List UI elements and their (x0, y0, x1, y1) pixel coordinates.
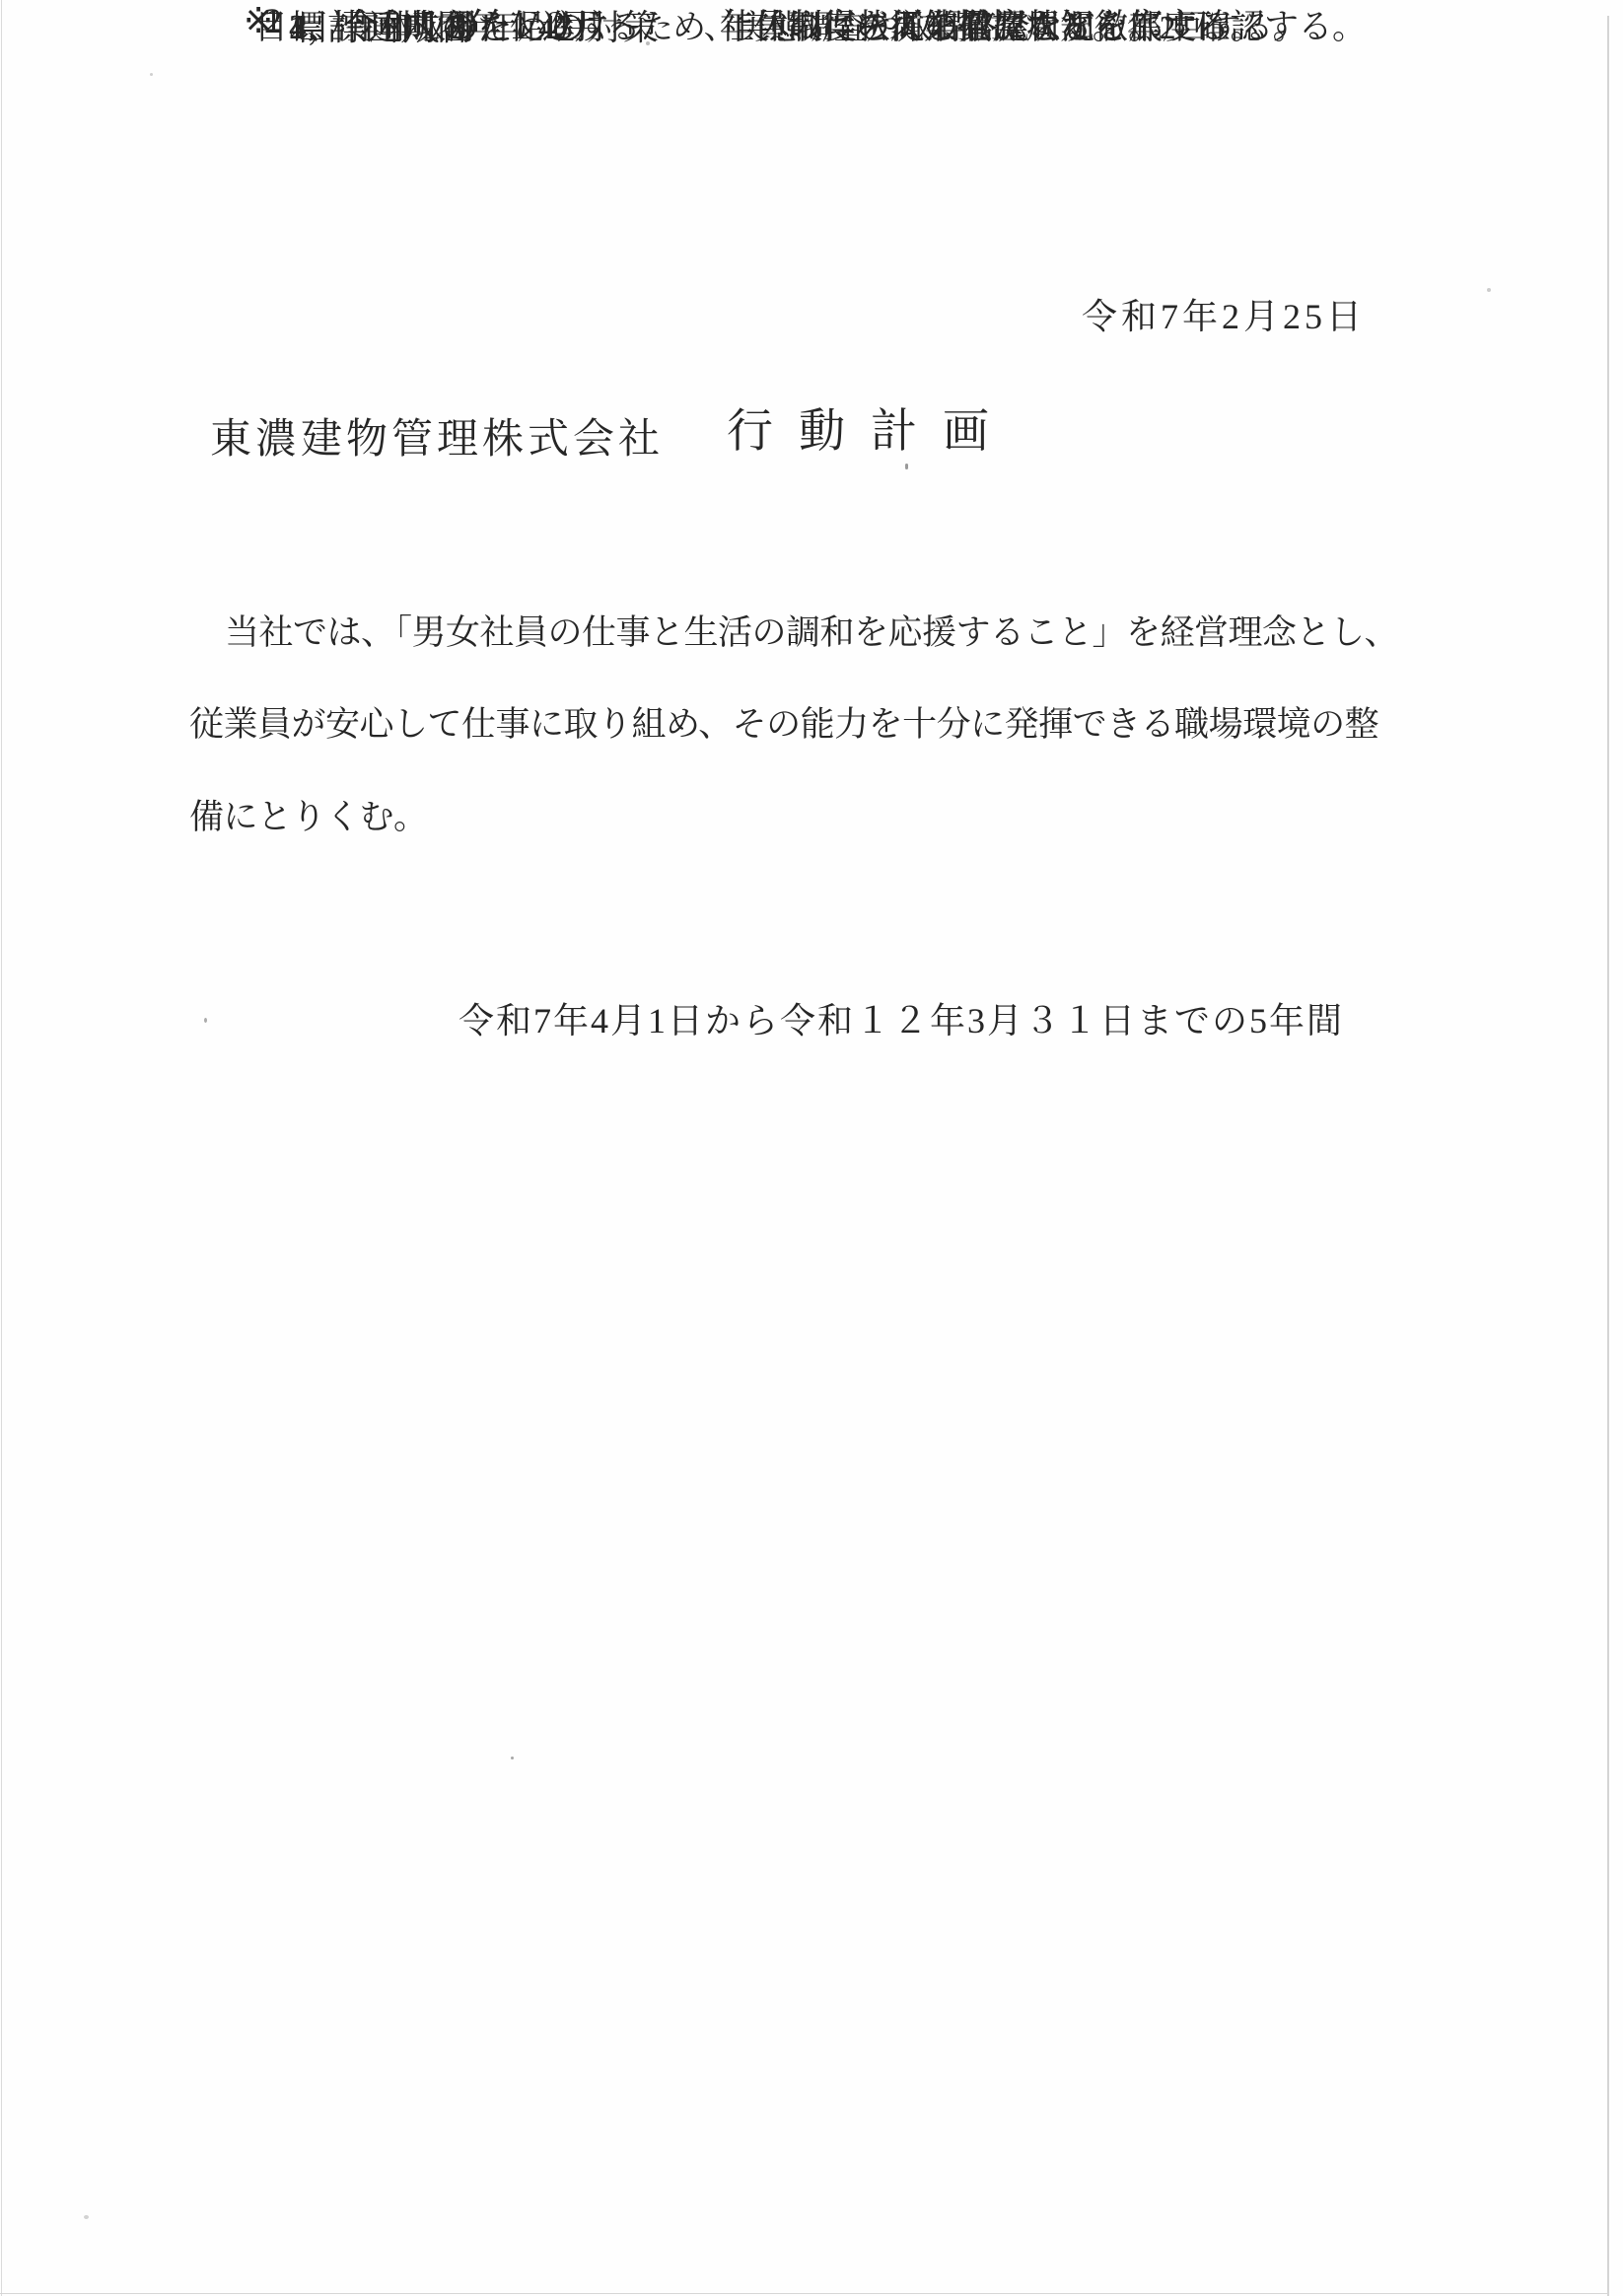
reference-mark-icon: ※ (244, 0, 273, 41)
measure-item-description: 年休制度の周知徹底状況を都度確認する。 (720, 0, 1367, 49)
scan-speck (150, 73, 153, 76)
scan-edge-line (0, 2293, 1609, 2294)
measure-item-label: 4，令和１０年 3月～ (289, 0, 645, 49)
document-title: 行動計画 (727, 395, 1015, 461)
scan-speck (646, 41, 650, 45)
scan-speck (905, 464, 908, 469)
scan-edge-line (1, 0, 2, 2296)
scanned-document-page: 令和7年2月25日 東濃建物管理株式会社 行動計画 当社では、「男女社員の仕事と… (0, 0, 1623, 2296)
scan-speck (84, 2215, 89, 2219)
scan-speck (204, 1018, 207, 1023)
document-date: 令和7年2月25日 (1082, 289, 1366, 339)
intro-line: 従業員が安心して仕事に取り組め、その能力を十分に発揮できる職場環境の整 (189, 697, 1378, 747)
intro-line: 備にとりくむ。 (189, 790, 428, 839)
intro-line: 当社では、「男女社員の仕事と生活の調和を応援すること」を経営理念とし、 (225, 606, 1398, 655)
scan-edge-line (1607, 16, 1609, 2296)
scan-speck (1487, 288, 1491, 292)
plan-period-text: 令和7年4月1日から令和１２年3月３１日までの5年間 (459, 993, 1344, 1043)
company-name: 東濃建物管理株式会社 (210, 406, 664, 466)
scan-speck (917, 16, 920, 19)
scan-speck (511, 1757, 514, 1759)
